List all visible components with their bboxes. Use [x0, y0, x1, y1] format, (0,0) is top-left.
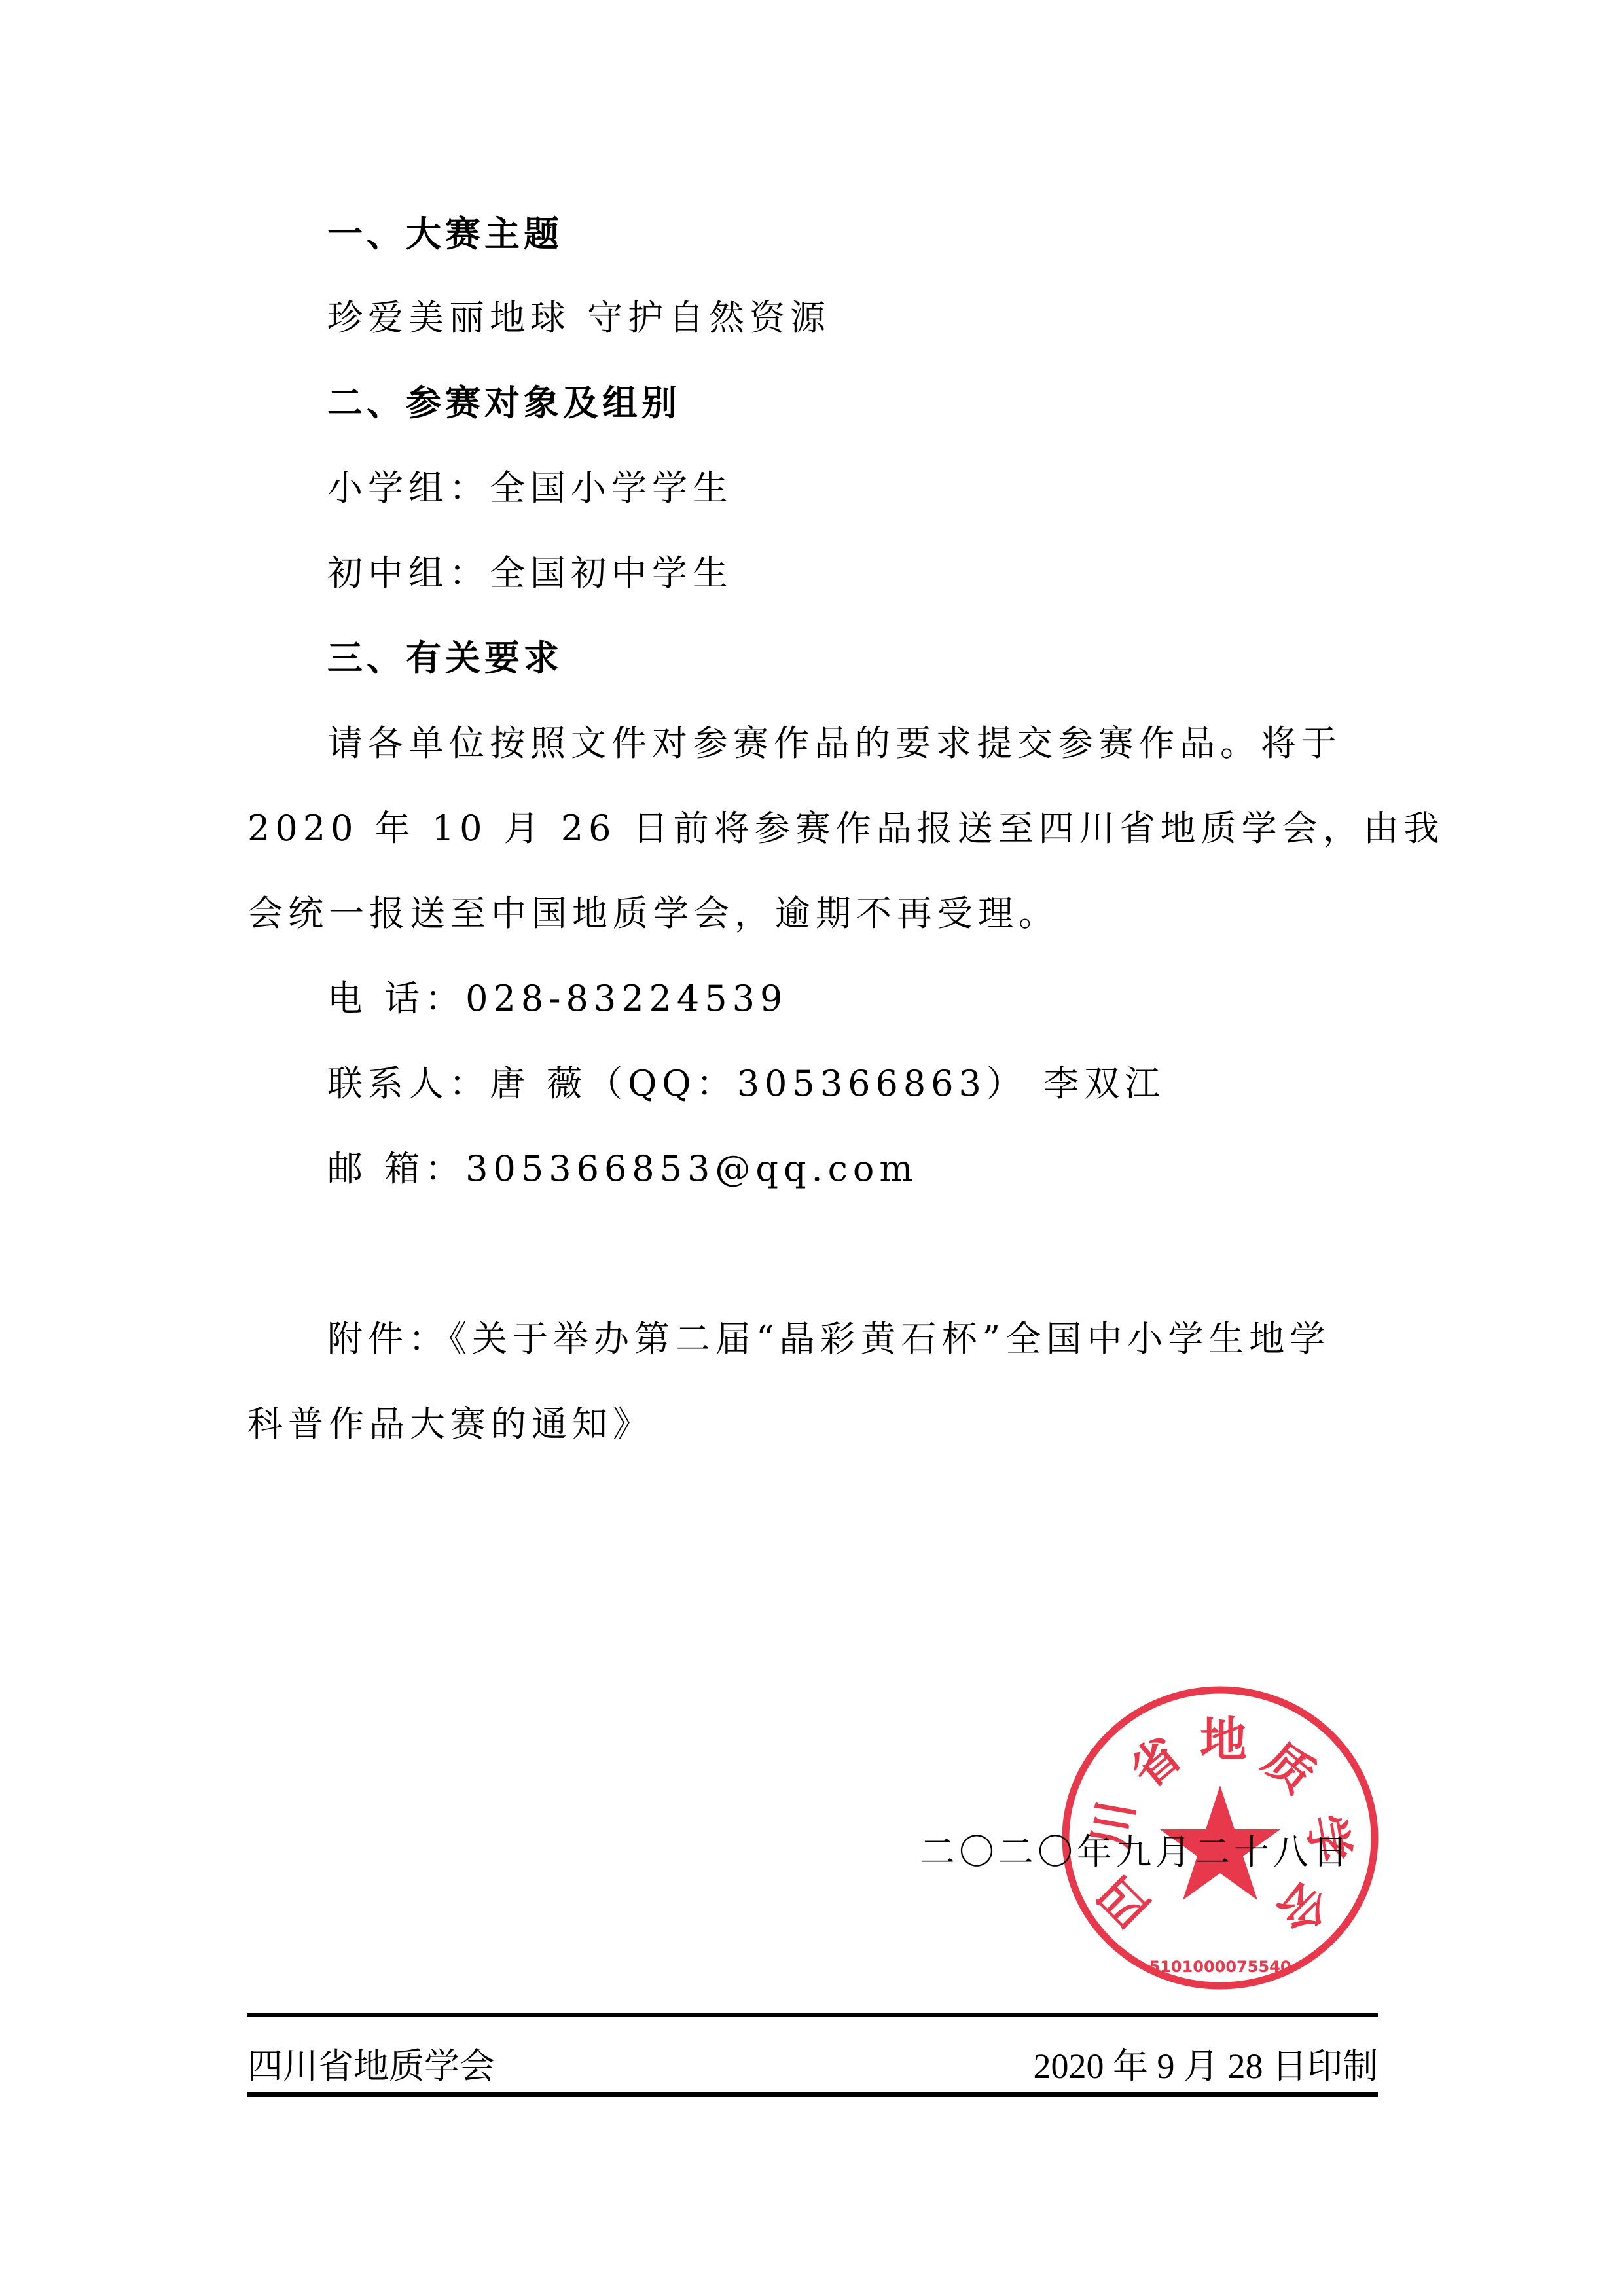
- footer-org: 四川省地质学会: [247, 2043, 495, 2089]
- contact-email: 邮 箱：305366853@qq.com: [327, 1143, 918, 1195]
- footer-bottom-rule: [247, 2092, 1378, 2097]
- svg-text:质: 质: [1254, 1731, 1326, 1804]
- footer-print-date: 2020 年 9 月 28 日印制: [1034, 2043, 1379, 2089]
- section-1-heading: 一、大赛主题: [327, 208, 563, 260]
- theme-text: 珍爱美丽地球 守护自然资源: [327, 292, 831, 344]
- contact-person: 联系人：唐 薇（QQ：305366863） 李双江: [327, 1058, 1165, 1110]
- section-3-heading: 三、有关要求: [327, 632, 563, 685]
- signature-date: 二〇二〇年九月二十八日: [920, 1829, 1352, 1875]
- svg-text:会: 会: [1267, 1871, 1339, 1944]
- section-2-heading: 二、参赛对象及组别: [327, 377, 681, 429]
- contact-phone: 电 话：028-83224539: [327, 973, 787, 1025]
- seal-code: 5101000075540: [1149, 1958, 1291, 1976]
- requirements-paragraph-line-3: 会统一报送至中国地质学会，逾期不再受理。: [247, 888, 1059, 940]
- primary-group-text: 小学组：全国小学学生: [327, 462, 733, 514]
- svg-text:省: 省: [1120, 1726, 1192, 1799]
- requirements-paragraph-line-1: 请各单位按照文件对参赛作品的要求提交参赛作品。将于: [327, 717, 1342, 770]
- attachment-line-2: 科普作品大赛的通知》: [247, 1398, 653, 1450]
- footer-top-rule: [247, 2013, 1378, 2017]
- svg-text:地: 地: [1200, 1712, 1247, 1767]
- attachment-line-1: 附件：《关于举办第二届“晶彩黄石杯”全国中小学生地学: [327, 1313, 1330, 1365]
- requirements-paragraph-line-2: 2020 年 10 月 26 日前将参赛作品报送至四川省地质学会，由我: [247, 802, 1445, 855]
- junior-group-text: 初中组：全国初中学生: [327, 547, 733, 600]
